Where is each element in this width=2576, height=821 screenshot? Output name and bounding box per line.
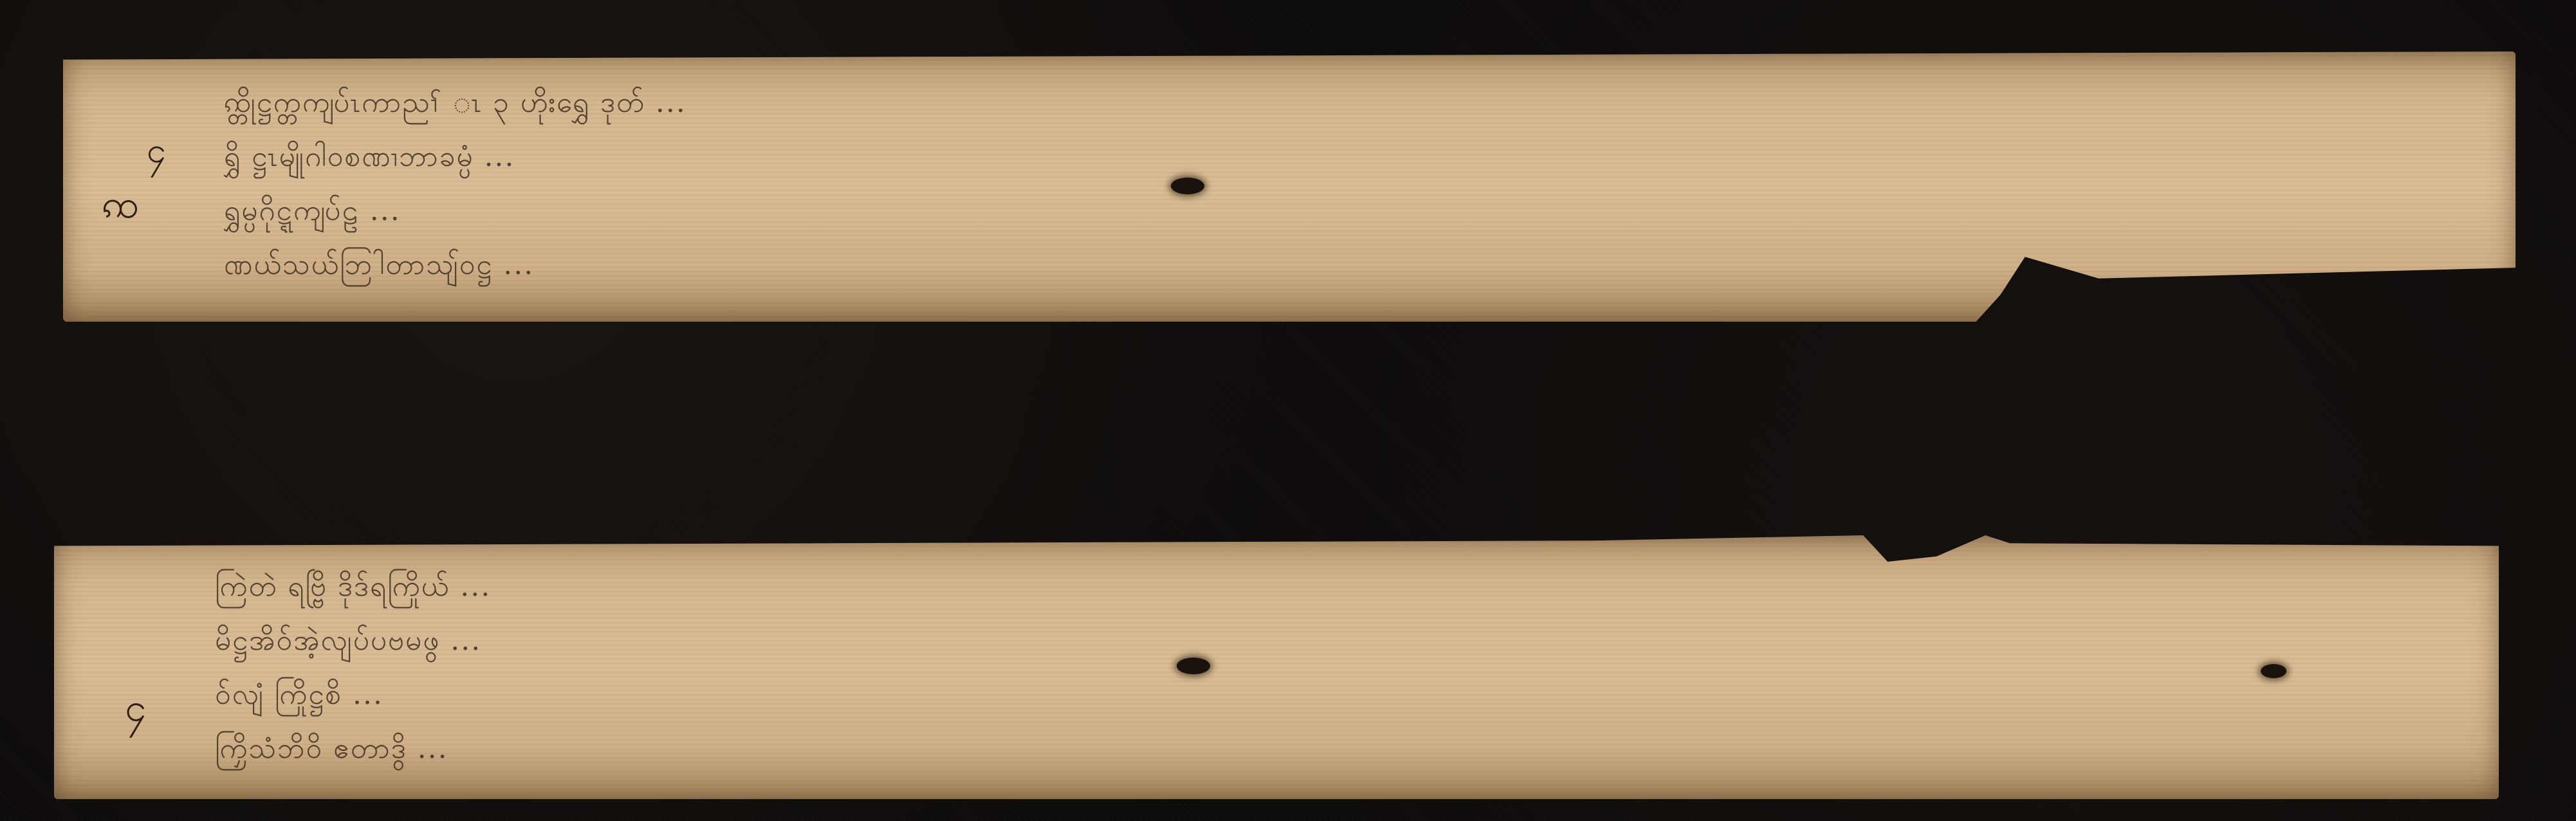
palm-leaf-lower: ၄ ကြဲတဲ ရဗ္ဗြိ ဒိုဒ်ရကြိုယ် ... မိဋ္ဌအိဝ… [54, 535, 2499, 799]
manuscript-text: ꩡ္တိုဋ္ဌက္တကျပ်ၤကာညၢ် ၤ ၃ ဟိုးရွှေ ဒုတ် … [224, 78, 2438, 295]
text-line: ꩡ္တိုဋ္ဌက္တကျပ်ၤကာညၢ် ၤ ၃ ဟိုးရွှေ ဒုတ် … [224, 78, 2438, 133]
text-line: မိဋ္ဌအိဝ်အဲ့လျပ်ပဗမဖွ ... [215, 616, 2422, 670]
manuscript-text: ကြဲတဲ ရဗ္ဗြိ ဒိုဒ်ရကြိုယ် ... မိဋ္ဌအိဝ်အ… [215, 562, 2422, 779]
text-line: ရွှမ္ပဂိုဋ္ဋကျပ်ဠ ... [224, 187, 2438, 241]
text-line: ရွှိ ဋ္ဌၤမျိုဂါဝစဏၢဘာခမ္ပံ ... [224, 133, 2438, 187]
text-line: ကြှိသံဘိဝိ ဧတာဒွိ ... [215, 724, 2422, 779]
binding-hole [2261, 664, 2286, 678]
folio-mark: ၄ [147, 129, 166, 180]
folio-mark: ꩡ [102, 180, 139, 237]
folio-mark: ၄ [125, 683, 147, 740]
text-line: ဝ်လျံ ကြိုဋ္ဌစိ ... [215, 670, 2422, 724]
text-line: ကြဲတဲ ရဗ္ဗြိ ဒိုဒ်ရကြိုယ် ... [215, 562, 2422, 616]
binding-hole [1171, 178, 1204, 194]
binding-hole [1177, 658, 1210, 674]
